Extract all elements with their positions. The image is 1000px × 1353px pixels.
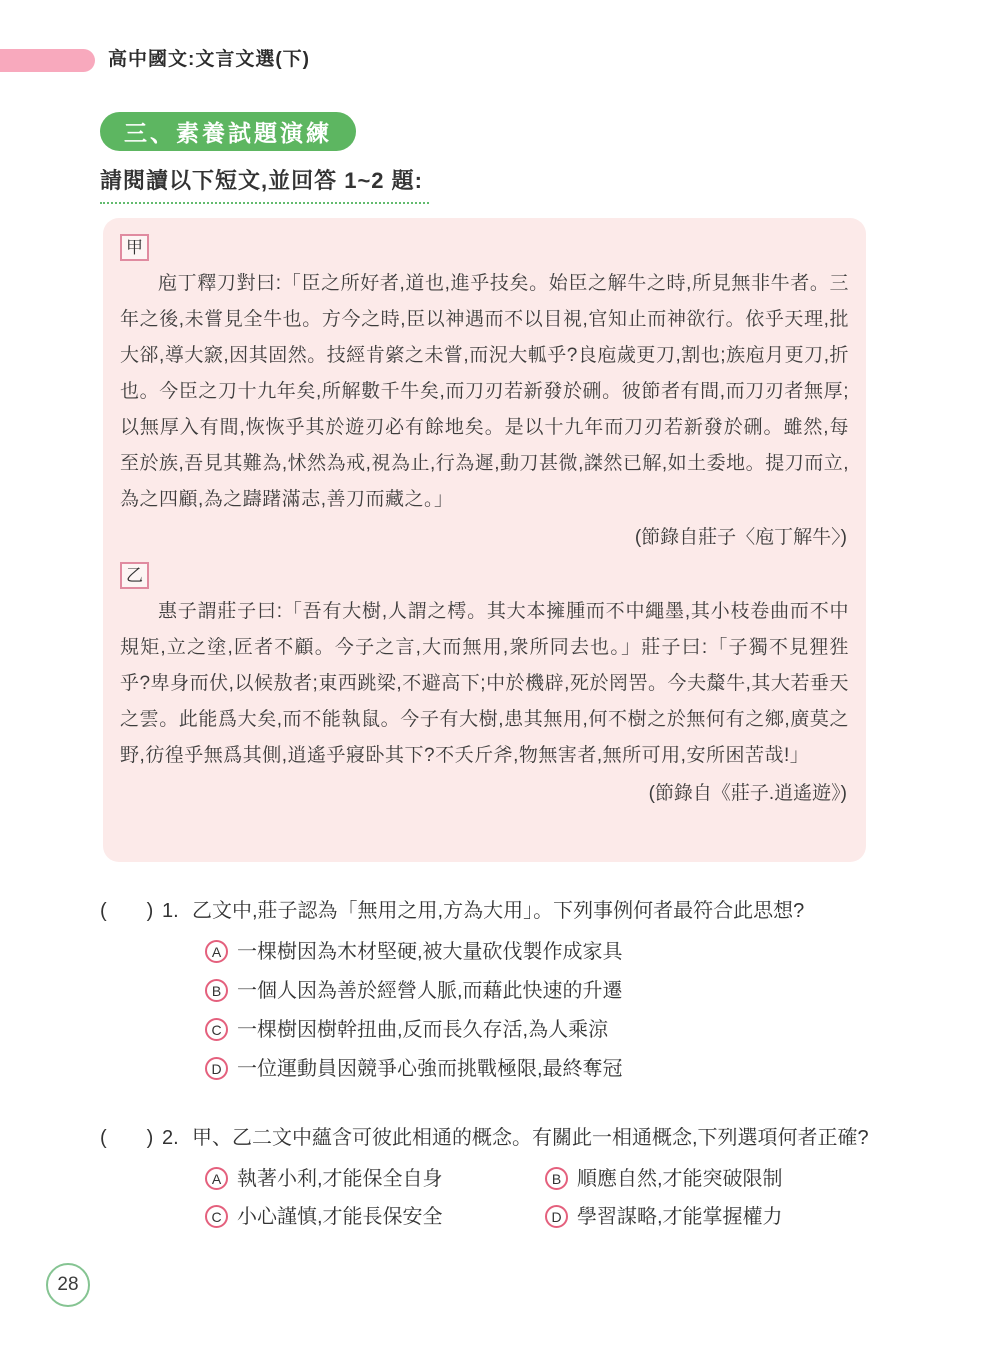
passage-box: 甲 庖丁釋刀對曰:「臣之所好者,道也,進乎技矣。始臣之解牛之時,所見無非牛者。三… xyxy=(103,218,866,862)
book-header-title: 高中國文:文言文選(下) xyxy=(108,44,310,71)
question-2-text: 甲、乙二文中蘊含可彼此相通的概念。有關此一相通概念,下列選項何者正確? xyxy=(192,1121,880,1155)
option-2d-letter: D xyxy=(545,1205,568,1228)
option-1d-letter: D xyxy=(205,1057,228,1080)
option-1b: B 一個人因為善於經營人脈,而藉此快速的升遷 xyxy=(205,977,880,1005)
option-1a: A 一棵樹因為木材堅硬,被大量砍伐製作成家具 xyxy=(205,938,880,966)
option-1a-letter: A xyxy=(205,940,228,963)
passage-label-jia: 甲 xyxy=(120,234,149,261)
option-1c-text: 一棵樹因樹幹扭曲,反而長久存活,為人乘涼 xyxy=(237,1016,608,1044)
header-accent-bar xyxy=(0,49,95,72)
option-2a: A 執著小利,才能保全自身 xyxy=(205,1165,545,1193)
passage-text-yi: 惠子謂莊子曰:「吾有大樹,人謂之樗。其大本擁腫而不中繩墨,其小枝卷曲而不中規矩,… xyxy=(120,594,849,774)
option-2c-text: 小心謹慎,才能長保安全 xyxy=(237,1203,443,1231)
question-1-number: 1. xyxy=(162,894,192,928)
question-1-options: A 一棵樹因為木材堅硬,被大量砍伐製作成家具 B 一個人因為善於經營人脈,而藉此… xyxy=(205,938,880,1083)
option-1d: D 一位運動員因競爭心強而挑戰極限,最終奪冠 xyxy=(205,1055,880,1083)
question-2-options: A 執著小利,才能保全自身 B 順應自然,才能突破限制 C 小心謹慎,才能長保安… xyxy=(205,1165,880,1231)
textbook-page: 高中國文:文言文選(下) 三、素養試題演練 請閱讀以下短文,並回答 1~2 題:… xyxy=(0,0,1000,1353)
option-2b-text: 順應自然,才能突破限制 xyxy=(577,1165,783,1193)
passage-text-jia: 庖丁釋刀對曰:「臣之所好者,道也,進乎技矣。始臣之解牛之時,所見無非牛者。三年之… xyxy=(120,266,849,518)
option-2b: B 順應自然,才能突破限制 xyxy=(545,1165,880,1193)
option-1a-text: 一棵樹因為木材堅硬,被大量砍伐製作成家具 xyxy=(237,938,623,966)
page-number: 28 xyxy=(57,1274,78,1296)
option-1c-letter: C xyxy=(205,1018,228,1041)
question-1: ( ) 1. 乙文中,莊子認為「無用之用,方為大用」。下列事例何者最符合此思想?… xyxy=(100,894,880,1083)
section-badge: 三、素養試題演練 xyxy=(100,112,356,151)
passage-attribution-jia: (節錄自莊子〈庖丁解牛〉) xyxy=(120,520,847,556)
option-2b-letter: B xyxy=(545,1167,568,1190)
question-2-number: 2. xyxy=(162,1121,192,1155)
option-1d-text: 一位運動員因競爭心強而挑戰極限,最終奪冠 xyxy=(237,1055,623,1083)
option-2d: D 學習謀略,才能掌握權力 xyxy=(545,1203,880,1231)
option-2a-text: 執著小利,才能保全自身 xyxy=(237,1165,443,1193)
option-1b-letter: B xyxy=(205,979,228,1002)
questions-section: ( ) 1. 乙文中,莊子認為「無用之用,方為大用」。下列事例何者最符合此思想?… xyxy=(100,894,880,1269)
option-2c: C 小心謹慎,才能長保安全 xyxy=(205,1203,545,1231)
option-1c: C 一棵樹因樹幹扭曲,反而長久存活,為人乘涼 xyxy=(205,1016,880,1044)
option-1b-text: 一個人因為善於經營人脈,而藉此快速的升遷 xyxy=(237,977,623,1005)
answer-blank-2: ( ) xyxy=(100,1121,162,1155)
page-number-badge: 28 xyxy=(46,1263,90,1307)
instruction-text: 請閱讀以下短文,並回答 1~2 題: xyxy=(100,164,429,204)
question-1-text: 乙文中,莊子認為「無用之用,方為大用」。下列事例何者最符合此思想? xyxy=(192,894,880,928)
passage-attribution-yi: (節錄自《莊子.逍遙遊》) xyxy=(120,776,847,812)
passage-label-yi: 乙 xyxy=(120,562,149,589)
option-2d-text: 學習謀略,才能掌握權力 xyxy=(577,1203,783,1231)
answer-blank-1: ( ) xyxy=(100,894,162,928)
option-2a-letter: A xyxy=(205,1167,228,1190)
question-2: ( ) 2. 甲、乙二文中蘊含可彼此相通的概念。有關此一相通概念,下列選項何者正… xyxy=(100,1121,880,1231)
option-2c-letter: C xyxy=(205,1205,228,1228)
